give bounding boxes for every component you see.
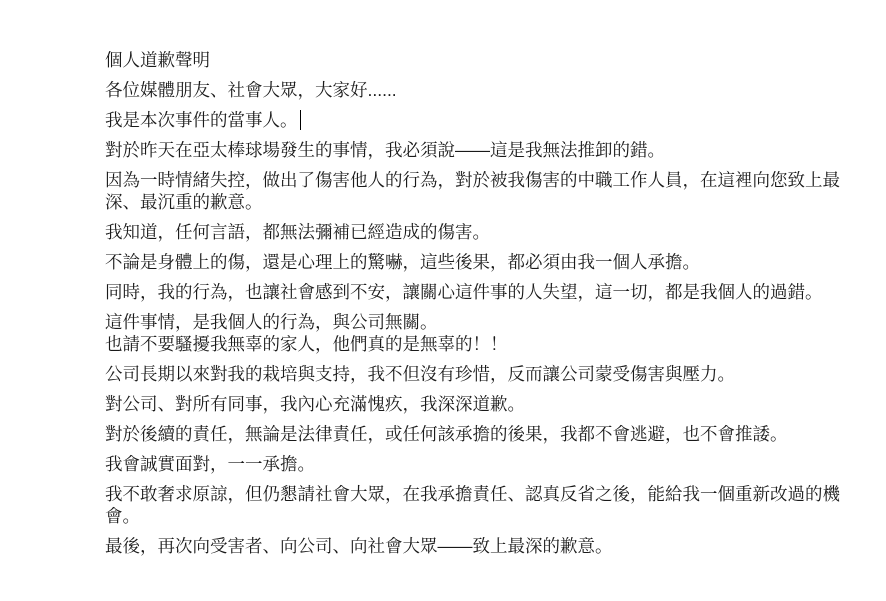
paragraph-emotional-apology[interactable]: 因為一時情緒失控，做出了傷害他人的行為，對於被我傷害的中職工作人員，在這裡向您致… bbox=[105, 169, 841, 213]
paragraph-greeting[interactable]: 各位媒體朋友、社會大眾，大家好...... bbox=[105, 79, 841, 101]
paragraph-society[interactable]: 同時，我的行為，也讓社會感到不安，讓關心這件事的人失望，這一切，都是我個人的過錯… bbox=[105, 281, 841, 303]
paragraph-consequences[interactable]: 不論是身體上的傷，還是心理上的驚嚇，這些後果，都必須由我一個人承擔。 bbox=[105, 251, 841, 273]
text-editor-canvas[interactable]: 個人道歉聲明 各位媒體朋友、社會大眾，大家好...... 我是本次事件的當事人。… bbox=[0, 0, 886, 601]
paragraph-personal-act[interactable]: 這件事情，是我個人的行為，與公司無關。 也請不要騷擾我無辜的家人，他們真的是無辜… bbox=[105, 311, 841, 355]
paragraph-responsibility[interactable]: 對於後續的責任，無論是法律責任，或任何該承擔的後果，我都不會逃避，也不會推諉。 bbox=[105, 423, 841, 445]
paragraph-closing[interactable]: 最後，再次向受害者、向公司、向社會大眾——致上最深的歉意。 bbox=[105, 535, 841, 557]
paragraph-identity-text[interactable]: 我是本次事件的當事人。 bbox=[105, 110, 298, 130]
paragraph-colleagues[interactable]: 對公司、對所有同事，我內心充滿愧疚，我深深道歉。 bbox=[105, 393, 841, 415]
paragraph-no-remedy[interactable]: 我知道，任何言語，都無法彌補已經造成的傷害。 bbox=[105, 221, 841, 243]
paragraph-forgiveness[interactable]: 我不敢奢求原諒，但仍懇請社會大眾，在我承擔責任、認真反省之後，能給我一個重新改過… bbox=[105, 483, 841, 527]
paragraph-identity[interactable]: 我是本次事件的當事人。 bbox=[105, 109, 841, 131]
paragraph-company[interactable]: 公司長期以來對我的栽培與支持，我不但沒有珍惜，反而讓公司蒙受傷害與壓力。 bbox=[105, 363, 841, 385]
text-cursor bbox=[300, 110, 302, 130]
apology-statement-document: 個人道歉聲明 各位媒體朋友、社會大眾，大家好...... 我是本次事件的當事人。… bbox=[105, 49, 841, 565]
document-title[interactable]: 個人道歉聲明 bbox=[105, 49, 841, 71]
paragraph-incident[interactable]: 對於昨天在亞太棒球場發生的事情，我必須說——這是我無法推卸的錯。 bbox=[105, 139, 841, 161]
paragraph-personal-act-line2[interactable]: 也請不要騷擾我無辜的家人，他們真的是無辜的！！ bbox=[105, 333, 841, 355]
paragraph-honest[interactable]: 我會誠實面對，一一承擔。 bbox=[105, 453, 841, 475]
paragraph-personal-act-line1[interactable]: 這件事情，是我個人的行為，與公司無關。 bbox=[105, 311, 841, 333]
